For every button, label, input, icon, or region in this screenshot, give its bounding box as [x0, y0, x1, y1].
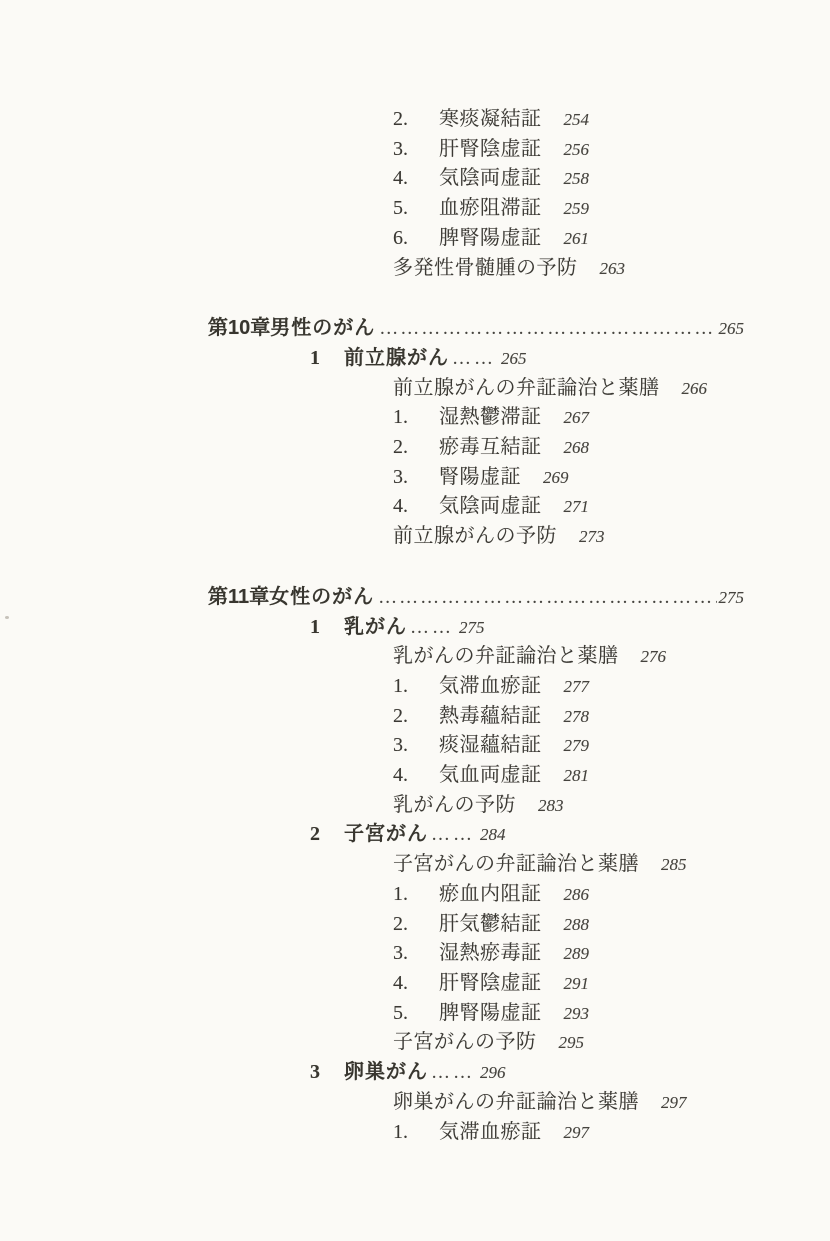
entry-page-number: 256: [564, 136, 590, 165]
toc-entry-row: 2. 熱毒蘊結証 278: [0, 702, 830, 732]
toc-chapter-row: 第10章 男性のがん …………………………………………………………………… 26…: [208, 314, 744, 344]
toc-entry-row: 1. 気滞血瘀証 277: [0, 672, 830, 702]
entry-page-number: 263: [600, 255, 626, 284]
entry-title: 前立腺がんの予防: [393, 522, 557, 551]
entry-number: 4.: [393, 492, 439, 521]
entry-page-number: 258: [564, 165, 590, 194]
entry-page-number: 297: [564, 1119, 590, 1148]
entry-title: 肝腎陰虚証: [439, 969, 542, 998]
leader-dots: ……………………………………………………………………: [374, 584, 716, 613]
entry-title: 気陰両虚証: [439, 492, 542, 521]
entry-page-number: 273: [579, 523, 605, 552]
leader-dots: ……………………………………………………………………: [375, 315, 716, 344]
table-of-contents: 2. 寒痰凝結証 254 3. 肝腎陰虚証 256 4. 気陰両虚証 258 5…: [0, 105, 830, 1147]
section-title: 乳がん: [344, 613, 407, 642]
chapter-page-number: 275: [719, 584, 745, 613]
entry-page-number: 295: [559, 1029, 585, 1058]
entry-page-number: 259: [564, 195, 590, 224]
entry-title: 脾腎陽虚証: [439, 999, 542, 1028]
toc-entry-row: 4. 気陰両虚証 258: [0, 164, 830, 194]
toc-chapter-row: 第11章 女性のがん …………………………………………………………………… 27…: [208, 583, 744, 613]
entry-title: 湿熱鬱滞証: [439, 403, 542, 432]
entry-number: 3.: [393, 939, 439, 968]
section-number: 1: [310, 613, 344, 642]
entry-number: 1.: [393, 403, 439, 432]
toc-entry-row: 2. 瘀毒互結証 268: [0, 433, 830, 463]
entry-title: 子宮がんの弁証論治と薬膳: [393, 850, 639, 879]
entry-page-number: 283: [538, 792, 564, 821]
entry-page-number: 281: [564, 762, 590, 791]
entry-page-number: 261: [564, 225, 590, 254]
toc-section-row: 1 乳がん …… 275: [0, 613, 830, 643]
section-number: 2: [310, 820, 344, 849]
entry-number: 4.: [393, 164, 439, 193]
toc-entry-row: 1. 湿熱鬱滞証 267: [0, 403, 830, 433]
entry-page-number: 297: [661, 1089, 687, 1118]
entry-page-number: 286: [564, 881, 590, 910]
entry-page-number: 285: [661, 851, 687, 880]
entry-title: 多発性骨髄腫の予防: [393, 254, 578, 283]
entry-title: 寒痰凝結証: [439, 105, 542, 134]
toc-entry-row: 3. 肝腎陰虚証 256: [0, 135, 830, 165]
entry-number: 1.: [393, 672, 439, 701]
entry-title: 湿熱瘀毒証: [439, 939, 542, 968]
leader-dots: ……: [449, 345, 499, 374]
toc-entry-row: 1. 気滞血瘀証 297: [0, 1118, 830, 1148]
leader-dots: ……: [428, 821, 478, 850]
entry-number: 2.: [393, 105, 439, 134]
section-number: 3: [310, 1058, 344, 1087]
entry-page-number: 293: [564, 1000, 590, 1029]
entry-number: 3.: [393, 731, 439, 760]
section-page-number: 275: [459, 614, 485, 643]
entry-title: 乳がんの弁証論治と薬膳: [393, 642, 619, 671]
entry-title: 気滞血瘀証: [439, 1118, 542, 1147]
entry-page-number: 288: [564, 911, 590, 940]
toc-entry-row: 5. 血瘀阻滞証 259: [0, 194, 830, 224]
entry-page-number: 254: [564, 106, 590, 135]
section-page-number: 296: [480, 1059, 506, 1088]
toc-entry-row: 4. 肝腎陰虚証 291: [0, 969, 830, 999]
entry-number: 3.: [393, 463, 439, 492]
entry-title: 血瘀阻滞証: [439, 194, 542, 223]
toc-entry-row: 乳がんの予防 283: [0, 791, 830, 821]
entry-title: 気陰両虚証: [439, 164, 542, 193]
entry-page-number: 269: [543, 464, 569, 493]
toc-section-row: 3 卵巣がん …… 296: [0, 1058, 830, 1088]
entry-page-number: 279: [564, 732, 590, 761]
entry-title: 子宮がんの予防: [393, 1028, 537, 1057]
entry-number: 1.: [393, 880, 439, 909]
toc-chapter-11-block: 第11章 女性のがん …………………………………………………………………… 27…: [0, 583, 830, 1147]
toc-entry-row: 3. 腎陽虚証 269: [0, 463, 830, 493]
entry-title: 前立腺がんの弁証論治と薬膳: [393, 374, 660, 403]
entry-number: 5.: [393, 999, 439, 1028]
toc-continuation-block: 2. 寒痰凝結証 254 3. 肝腎陰虚証 256 4. 気陰両虚証 258 5…: [0, 105, 830, 283]
toc-entry-row: 2. 肝気鬱結証 288: [0, 910, 830, 940]
entry-title: 気血両虚証: [439, 761, 542, 790]
entry-number: 2.: [393, 702, 439, 731]
section-page-number: 265: [501, 345, 527, 374]
toc-entry-row: 前立腺がんの弁証論治と薬膳 266: [0, 374, 830, 404]
toc-entry-row: 3. 湿熱瘀毒証 289: [0, 939, 830, 969]
chapter-title: 男性のがん: [270, 314, 375, 343]
scanned-toc-page: 2. 寒痰凝結証 254 3. 肝腎陰虚証 256 4. 気陰両虚証 258 5…: [0, 0, 830, 1241]
entry-number: 5.: [393, 194, 439, 223]
entry-title: 瘀毒互結証: [439, 433, 542, 462]
toc-entry-row: 子宮がんの弁証論治と薬膳 285: [0, 850, 830, 880]
toc-entry-row: 1. 瘀血内阻証 286: [0, 880, 830, 910]
toc-section-row: 1 前立腺がん …… 265: [0, 344, 830, 374]
toc-entry-row: 乳がんの弁証論治と薬膳 276: [0, 642, 830, 672]
entry-page-number: 291: [564, 970, 590, 999]
entry-title: 肝気鬱結証: [439, 910, 542, 939]
entry-number: 4.: [393, 969, 439, 998]
leader-dots: ……: [428, 1059, 478, 1088]
toc-entry-row: 4. 気血両虚証 281: [0, 761, 830, 791]
toc-entry-row: 5. 脾腎陽虚証 293: [0, 999, 830, 1029]
entry-page-number: 267: [564, 404, 590, 433]
entry-number: 6.: [393, 224, 439, 253]
chapter-title: 女性のがん: [269, 583, 374, 612]
toc-entry-row: 前立腺がんの予防 273: [0, 522, 830, 552]
entry-title: 脾腎陽虚証: [439, 224, 542, 253]
section-title: 卵巣がん: [344, 1058, 428, 1087]
entry-title: 肝腎陰虚証: [439, 135, 542, 164]
entry-number: 1.: [393, 1118, 439, 1147]
toc-chapter-10-block: 第10章 男性のがん …………………………………………………………………… 26…: [0, 314, 830, 552]
section-title: 前立腺がん: [344, 344, 449, 373]
entry-title: 熱毒蘊結証: [439, 702, 542, 731]
toc-entry-row: 4. 気陰両虚証 271: [0, 492, 830, 522]
entry-page-number: 276: [641, 643, 667, 672]
entry-page-number: 277: [564, 673, 590, 702]
chapter-label: 第10章: [208, 314, 270, 343]
entry-number: 4.: [393, 761, 439, 790]
toc-section-row: 2 子宮がん …… 284: [0, 820, 830, 850]
chapter-page-number: 265: [719, 315, 745, 344]
entry-page-number: 266: [682, 375, 708, 404]
toc-entry-row: 多発性骨髄腫の予防 263: [0, 254, 830, 284]
toc-entry-row: 6. 脾腎陽虚証 261: [0, 224, 830, 254]
entry-page-number: 271: [564, 493, 590, 522]
toc-entry-row: 卵巣がんの弁証論治と薬膳 297: [0, 1088, 830, 1118]
entry-number: 2.: [393, 910, 439, 939]
section-title: 子宮がん: [344, 820, 428, 849]
section-page-number: 284: [480, 821, 506, 850]
entry-page-number: 289: [564, 940, 590, 969]
leader-dots: ……: [407, 614, 457, 643]
entry-title: 気滞血瘀証: [439, 672, 542, 701]
toc-entry-row: 子宮がんの予防 295: [0, 1028, 830, 1058]
toc-entry-row: 3. 痰湿蘊結証 279: [0, 731, 830, 761]
entry-title: 瘀血内阻証: [439, 880, 542, 909]
entry-title: 痰湿蘊結証: [439, 731, 542, 760]
entry-page-number: 278: [564, 703, 590, 732]
entry-title: 乳がんの予防: [393, 791, 516, 820]
section-number: 1: [310, 344, 344, 373]
entry-number: 2.: [393, 433, 439, 462]
entry-page-number: 268: [564, 434, 590, 463]
entry-title: 腎陽虚証: [439, 463, 521, 492]
entry-title: 卵巣がんの弁証論治と薬膳: [393, 1088, 639, 1117]
entry-number: 3.: [393, 135, 439, 164]
chapter-label: 第11章: [208, 583, 269, 612]
toc-entry-row: 2. 寒痰凝結証 254: [0, 105, 830, 135]
